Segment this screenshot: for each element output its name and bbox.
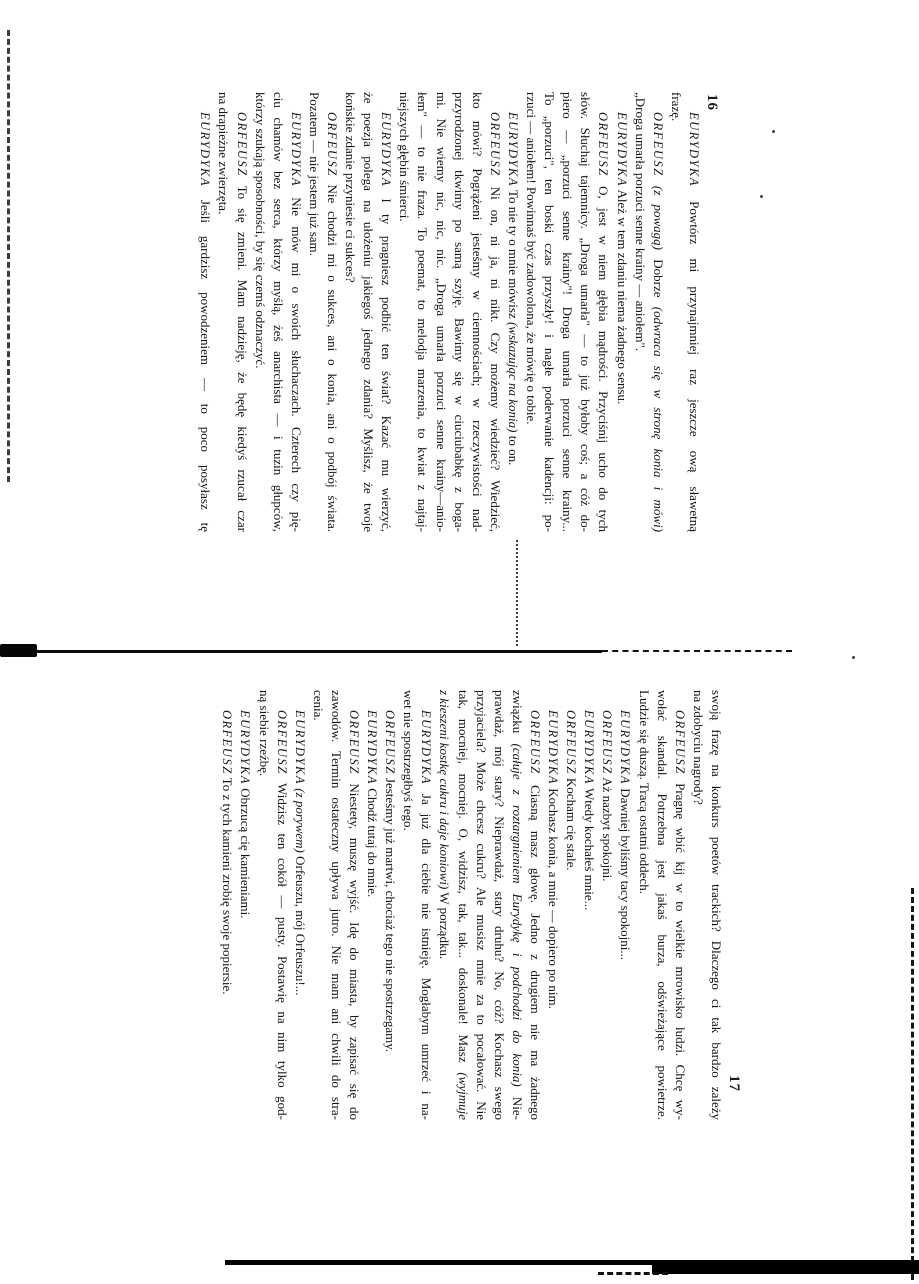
speaker-name: EURYDYKA xyxy=(365,710,379,785)
text-line: prawdaż, mój stary? Nieprawdaż, stary dr… xyxy=(490,690,508,1120)
speaker-name: ORFEUSZ xyxy=(275,710,289,775)
scanned-page-17: 17 swoją frazę na konkurs poetów trackic… xyxy=(217,690,743,1120)
text-line: łem" — to nie fraza. To poemat, to melod… xyxy=(413,92,431,532)
speaker-name: EURYDYKA xyxy=(419,710,433,785)
text-line: mi. Nie wiemy nic, nic, nic. „Droga umar… xyxy=(432,92,450,532)
speaker-name: EURYDYKA xyxy=(546,710,560,785)
scanned-document: 16 EURYDYKA Powtórz mi przynajmniej raz … xyxy=(0,0,919,1284)
stage-direction: (wyjmuje xyxy=(456,1072,471,1120)
stage-direction: (z porywem) xyxy=(293,788,308,853)
text-line: przyrodzonej tkwimy po samą szyję. Bawim… xyxy=(450,92,468,532)
text-line: EURYDYKA Ja już dla ciebie nie istnieję.… xyxy=(417,690,435,1120)
stage-direction: (odwraca się w stronę konia i mówi) xyxy=(651,307,666,532)
text-line: ORFEUSZ Ni on, ni ja, ni nikt. Czy możem… xyxy=(486,92,504,532)
text-line: EURYDYKA Obrzucą cię kamieniami. xyxy=(236,690,254,1120)
text-line: kto mówi? Pogrążeni jesteśmy w ciemności… xyxy=(468,92,486,532)
text-line: cenia. xyxy=(309,690,327,1120)
text-line: EURYDYKA Dawniej byliśmy tacy spokojni..… xyxy=(616,690,634,1120)
scan-speck xyxy=(772,130,775,133)
text-line: wołać skandal. Potrzebna jest jakaś burz… xyxy=(653,690,671,1120)
stage-direction: (całuje z roztargnieniem Eurydykę i podc… xyxy=(510,744,525,1087)
text-line: że poezja polega na ułożeniu jakiegoś je… xyxy=(359,92,377,532)
page-number-16: 16 xyxy=(703,92,721,532)
text-line: przyjaciela? Może chcesz cukru? Ale musi… xyxy=(472,690,490,1120)
text-line: ną siebie rzeźbę. xyxy=(254,690,272,1120)
text-line: którzy szukają sposobności, by się czemś… xyxy=(251,92,269,532)
speaker-name: EURYDYKA xyxy=(506,112,520,187)
text-line: ORFEUSZ (z powagą) Dobrze (odwraca się w… xyxy=(649,92,667,532)
text-line: EURYDYKA Ależ w tem zdaniu niema żadnego… xyxy=(612,92,630,532)
text-line: ORFEUSZ O, jest w niem głębia mądrości. … xyxy=(594,92,612,532)
text-line: ORFEUSZ Aż nazbyt spokojni. xyxy=(598,690,616,1120)
text-line: EURYDYKA (z porywem) Orfeuszu, mój Orfeu… xyxy=(291,690,309,1120)
speaker-name: ORFEUSZ xyxy=(488,112,502,177)
text-line: EURYDYKA Powtórz mi przynajmniej raz jes… xyxy=(685,92,703,532)
text-line: EURYDYKA Nie mów mi o swoich słuchaczach… xyxy=(287,92,305,532)
text-line: ORFEUSZ Ciasną masz głowę. Jedno z drugi… xyxy=(526,690,544,1120)
text-line: Ludzie się duszą. Tracą ostatni oddech. xyxy=(634,690,652,1120)
scan-dotted-vertical-mark xyxy=(516,540,518,646)
text-line: niejszych głębin śmierci. xyxy=(395,92,413,532)
text-line: słów. Słuchaj tajemnicy. „Droga umarła" … xyxy=(576,92,594,532)
speaker-name: ORFEUSZ xyxy=(347,710,361,775)
text-line: ORFEUSZ Widzisz ten cokół — pusty. Posta… xyxy=(273,690,291,1120)
stage-direction: (z powagą) xyxy=(651,186,666,250)
speaker-name: ORFEUSZ xyxy=(383,710,397,775)
page-16-text: EURYDYKA Powtórz mi przynajmniej raz jes… xyxy=(196,92,703,532)
scan-bottom-black-bar-thick xyxy=(652,1262,919,1274)
text-line: ORFEUSZ To się zmieni. Mam nadzieję, że … xyxy=(232,92,250,532)
speaker-name: ORFEUSZ xyxy=(235,112,249,177)
text-line: swoją frazę na konkurs poetów trackich? … xyxy=(707,690,725,1120)
scanned-page-16: 16 EURYDYKA Powtórz mi przynajmniej raz … xyxy=(195,92,721,532)
text-line: ORFEUSZ Pragnę wbić kij w to wielkie mro… xyxy=(671,690,689,1120)
scan-page-divider-line xyxy=(36,650,602,653)
speaker-name: EURYDYKA xyxy=(582,710,596,785)
speaker-name: EURYDYKA xyxy=(198,112,212,187)
text-line: ORFEUSZ To z tych kamieni zrobię swoje p… xyxy=(218,690,236,1120)
speaker-name: ORFEUSZ xyxy=(528,710,542,775)
text-line: ORFEUSZ Nie chodzi mi o sukces, ani o ko… xyxy=(323,92,341,532)
text-line: EURYDYKA Jeśli gardzisz powodzeniem — to… xyxy=(196,92,214,532)
text-line: EURYDYKA I ty pragniesz podbić ten świat… xyxy=(377,92,395,532)
text-line: wet nie spostrzegłbyś tego. xyxy=(399,690,417,1120)
scan-left-edge-dashed-line xyxy=(7,30,10,482)
speaker-name: EURYDYKA xyxy=(618,710,632,785)
text-line: To „porzuci", ten boski czas przyszły! i… xyxy=(540,92,558,532)
text-line: na drapieżne zwierzęta. xyxy=(214,92,232,532)
speaker-name: ORFEUSZ xyxy=(651,112,665,177)
text-line: ORFEUSZ Kocham cię stale. xyxy=(562,690,580,1120)
text-line: EURYDYKA Wtedy kochałeś mnie... xyxy=(580,690,598,1120)
page-17-text: swoją frazę na konkurs poetów trackich? … xyxy=(218,690,725,1120)
text-line: zawodów. Termin ostateczny upływa jutro.… xyxy=(327,690,345,1120)
text-line: ORFEUSZ Jesteśmy już martwi, chociaż teg… xyxy=(381,690,399,1120)
speaker-name: EURYDYKA xyxy=(615,112,629,187)
scan-right-edge-dashed-line xyxy=(911,888,914,1280)
speaker-name: ORFEUSZ xyxy=(220,710,234,775)
text-line: Pozatem — nie jestem już sam. xyxy=(305,92,323,532)
speaker-name: ORFEUSZ xyxy=(564,710,578,775)
speaker-name: ORFEUSZ xyxy=(600,710,614,775)
text-line: tak, mocniej, mocniej. O, widzisz, tak, … xyxy=(454,690,472,1120)
speaker-name: EURYDYKA xyxy=(687,112,701,187)
speaker-name: EURYDYKA xyxy=(238,710,252,785)
text-line: ORFEUSZ Niestety, muszę wyjść. Idę do mi… xyxy=(345,690,363,1120)
text-line: końskie zdanie przyniesie ci sukces? xyxy=(341,92,359,532)
text-line: związku (całuje z roztargnieniem Eurydyk… xyxy=(508,690,526,1120)
speaker-name: ORFEUSZ xyxy=(596,112,610,177)
stage-direction: (wskazując na konia) xyxy=(506,322,521,432)
scan-speck xyxy=(760,195,763,198)
text-line: EURYDYKA Chodź tutaj do mnie. xyxy=(363,690,381,1120)
speaker-name: ORFEUSZ xyxy=(673,710,687,775)
scan-gutter-mark xyxy=(0,644,37,657)
text-line: rzuci — aniołem! Powinnaś być zadowolona… xyxy=(522,92,540,532)
speaker-name: EURYDYKA xyxy=(289,112,303,187)
speaker-name: EURYDYKA xyxy=(379,112,393,187)
text-line: ciu chamów bez serca, którzy myślą, żeś … xyxy=(269,92,287,532)
scan-page-divider-dashes xyxy=(602,650,792,652)
scan-speck xyxy=(852,656,855,659)
text-line: EURYDYKA Kochasz konia, a mnie — dopiero… xyxy=(544,690,562,1120)
speaker-name: EURYDYKA xyxy=(293,710,307,785)
text-line: z kieszeni kostkę cukru i daje koniowi) … xyxy=(435,690,453,1120)
scan-bottom-dashes xyxy=(598,1272,668,1275)
text-line: piero — „porzuci senne krainy"! Droga um… xyxy=(558,92,576,532)
text-line: na zdobyciu nagrody? xyxy=(689,690,707,1120)
text-line: frazę. xyxy=(667,92,685,532)
page-number-17: 17 xyxy=(725,690,743,1120)
text-line: „Droga umarła porzuci senne krainy — ani… xyxy=(631,92,649,532)
speaker-name: ORFEUSZ xyxy=(325,112,339,177)
text-line: EURYDYKA To nie ty o mnie mówisz (wskazu… xyxy=(504,92,522,532)
stage-direction: z kieszeni kostkę cukru i daje koniowi) xyxy=(438,690,453,889)
